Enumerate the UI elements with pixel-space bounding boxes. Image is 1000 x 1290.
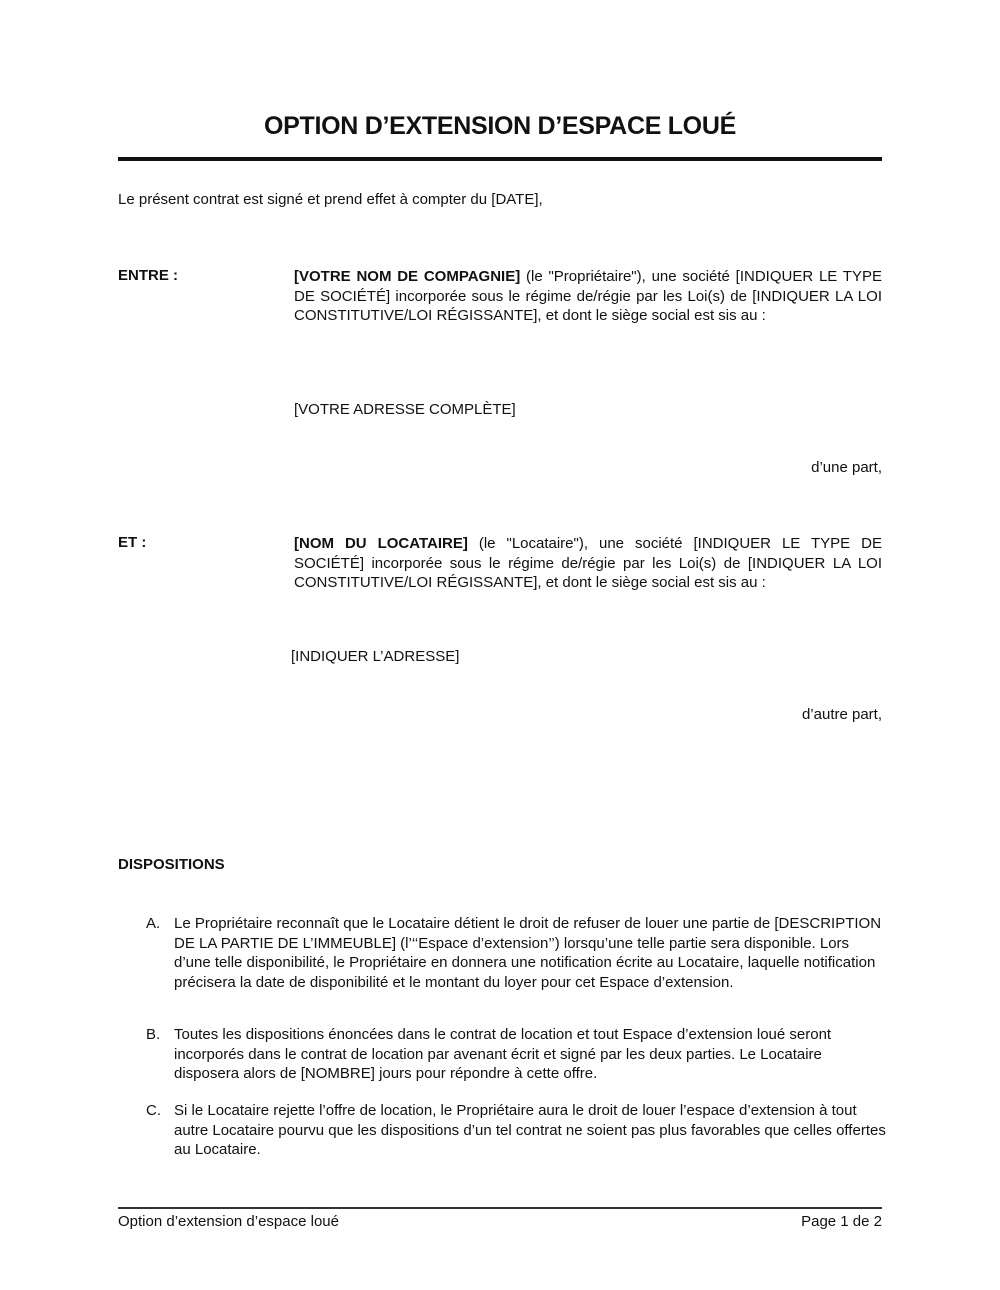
document-title: OPTION D’EXTENSION D’ESPACE LOUÉ	[118, 112, 882, 141]
tenant-address: [INDIQUER L’ADRESSE]	[291, 648, 459, 665]
provision-text: Si le Locataire rejette l’offre de locat…	[174, 1101, 886, 1160]
title-rule	[118, 157, 882, 161]
provision-text: Toutes les dispositions énoncées dans le…	[174, 1025, 886, 1084]
landlord-name: [VOTRE NOM DE COMPAGNIE]	[294, 268, 520, 285]
party-description-tenant: [NOM DU LOCATAIRE] (le "Locataire"), une…	[294, 534, 882, 593]
provision-item: B. Toutes les dispositions énoncées dans…	[146, 1025, 886, 1084]
provision-letter: A.	[146, 914, 174, 934]
footer-document-name: Option d’extension d’espace loué	[118, 1213, 339, 1230]
party-label-entre: ENTRE :	[118, 267, 178, 284]
tenant-name: [NOM DU LOCATAIRE]	[294, 535, 468, 552]
tenant-closing: d’autre part,	[802, 706, 882, 723]
provision-item: C. Si le Locataire rejette l’offre de lo…	[146, 1101, 886, 1160]
footer-rule	[118, 1207, 882, 1209]
landlord-closing: d’une part,	[811, 459, 882, 476]
landlord-address: [VOTRE ADRESSE COMPLÈTE]	[294, 401, 516, 418]
provision-letter: C.	[146, 1101, 174, 1121]
footer-page-number: Page 1 de 2	[801, 1213, 882, 1230]
provision-item: A. Le Propriétaire reconnaît que le Loca…	[146, 914, 886, 992]
intro-paragraph: Le présent contrat est signé et prend ef…	[118, 191, 543, 208]
section-title-dispositions: DISPOSITIONS	[118, 856, 225, 873]
party-description-landlord: [VOTRE NOM DE COMPAGNIE] (le "Propriétai…	[294, 267, 882, 326]
party-label-et: ET :	[118, 534, 146, 551]
provision-letter: B.	[146, 1025, 174, 1045]
provision-text: Le Propriétaire reconnaît que le Locatai…	[174, 914, 886, 992]
